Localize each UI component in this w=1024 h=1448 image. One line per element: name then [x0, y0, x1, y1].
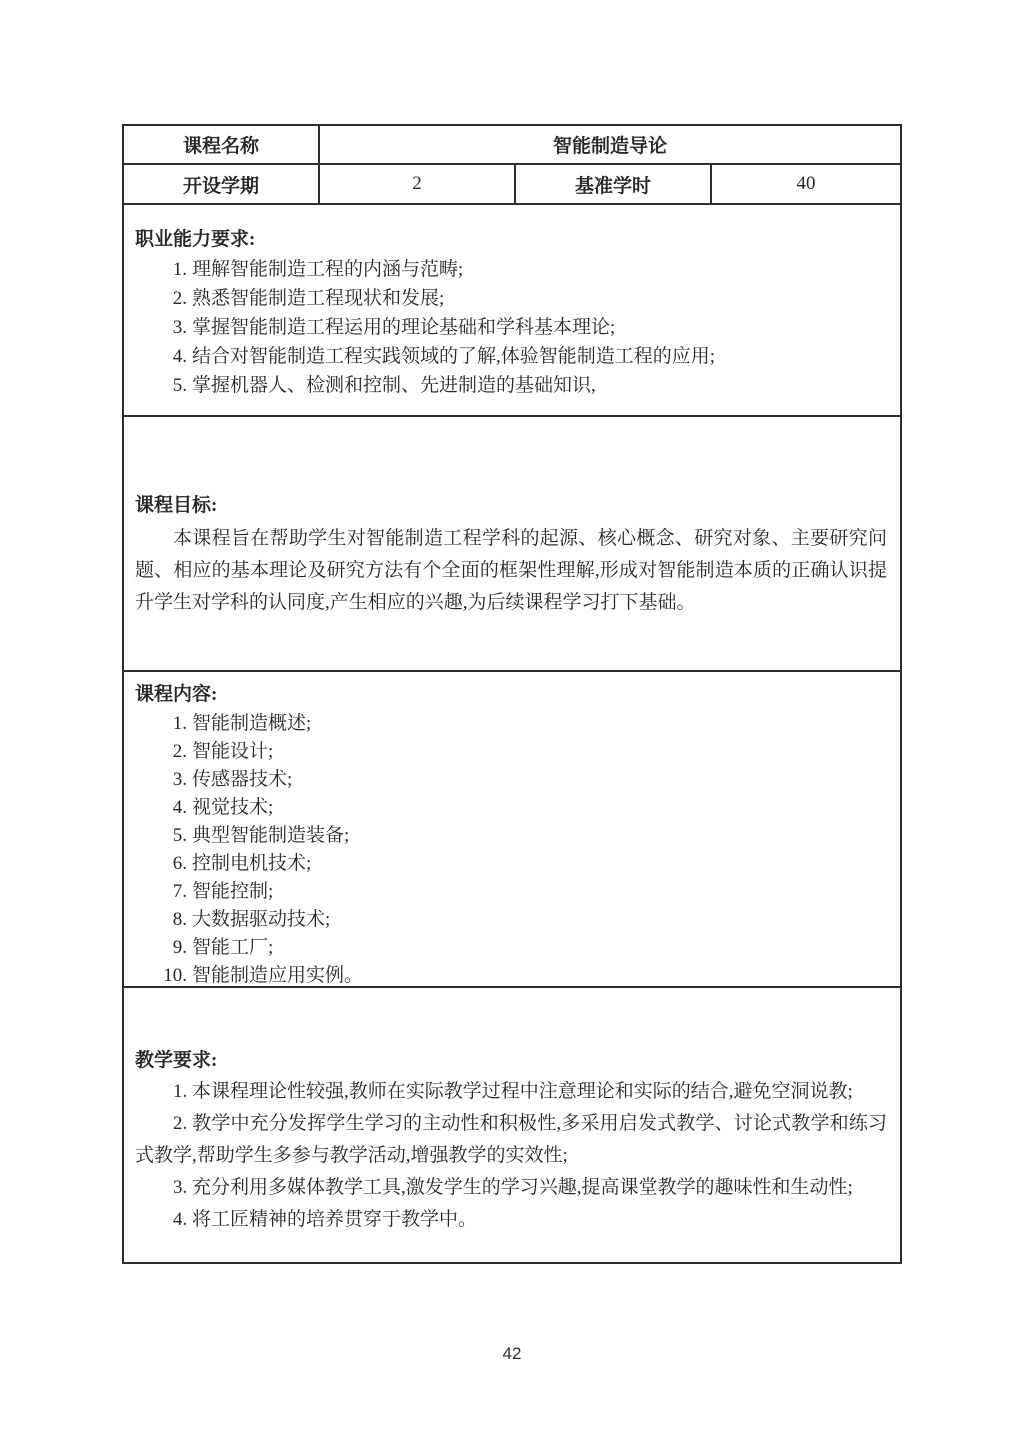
item-number: 8. [135, 906, 187, 934]
list-item: 9.智能工厂; [135, 934, 887, 962]
item-text: 结合对智能制造工程实践领域的了解,体验智能制造工程的应用; [192, 346, 715, 367]
item-number: 3. [135, 766, 187, 794]
item-number: 4. [135, 342, 187, 371]
section-teaching-requirements: 教学要求: 1. 本课程理论性较强,教师在实际教学过程中注意理论和实际的结合,避… [124, 986, 900, 1262]
list-item: 3.掌握智能制造工程运用的理论基础和学科基本理论; [135, 313, 887, 342]
course-objectives-paragraph: 本课程旨在帮助学生对智能制造工程学科的起源、核心概念、研究对象、主要研究问题、相… [135, 523, 887, 619]
item-number: 2. [135, 738, 187, 766]
list-item: 3.传感器技术; [135, 766, 887, 794]
section-title-vocational-ability: 职业能力要求: [135, 225, 887, 255]
teaching-requirement-item: 3. 充分利用多媒体教学工具,激发学生的学习兴趣,提高课堂教学的趣味性和生动性; [135, 1172, 887, 1204]
header-row-course-name: 课程名称 智能制造导论 [124, 126, 900, 163]
item-text: 传感器技术; [192, 769, 292, 790]
item-text: 视觉技术; [192, 797, 273, 818]
semester-value: 2 [320, 165, 516, 203]
item-number: 4. [135, 794, 187, 822]
item-text: 理解智能制造工程的内涵与范畴; [192, 259, 463, 280]
page-number: 42 [0, 1344, 1024, 1364]
item-number: 5. [135, 822, 187, 850]
list-item: 5.典型智能制造装备; [135, 822, 887, 850]
section-course-objectives: 课程目标: 本课程旨在帮助学生对智能制造工程学科的起源、核心概念、研究对象、主要… [124, 415, 900, 670]
course-syllabus-table: 课程名称 智能制造导论 开设学期 2 基准学时 40 职业能力要求: 1.理解智… [122, 124, 902, 1264]
item-text: 智能控制; [192, 881, 273, 902]
course-content-list: 1.智能制造概述; 2.智能设计; 3.传感器技术; 4.视觉技术; 5.典型智… [135, 710, 887, 990]
item-number: 2. [135, 284, 187, 313]
list-item: 1.智能制造概述; [135, 710, 887, 738]
teaching-requirement-item: 1. 本课程理论性较强,教师在实际教学过程中注意理论和实际的结合,避免空洞说教; [135, 1076, 887, 1108]
item-number: 6. [135, 850, 187, 878]
section-title-course-objectives: 课程目标: [135, 491, 887, 521]
item-number: 7. [135, 878, 187, 906]
section-title-teaching-requirements: 教学要求: [135, 1046, 887, 1076]
item-text: 掌握机器人、检测和控制、先进制造的基础知识, [192, 375, 596, 396]
item-text: 典型智能制造装备; [192, 825, 349, 846]
document-page: 课程名称 智能制造导论 开设学期 2 基准学时 40 职业能力要求: 1.理解智… [0, 0, 1024, 1448]
section-course-content: 课程内容: 1.智能制造概述; 2.智能设计; 3.传感器技术; 4.视觉技术;… [124, 670, 900, 986]
list-item: 4.结合对智能制造工程实践领域的了解,体验智能制造工程的应用; [135, 342, 887, 371]
teaching-requirement-item: 4. 将工匠精神的培养贯穿于教学中。 [135, 1204, 887, 1236]
item-number: 1. [135, 710, 187, 738]
teaching-requirement-item: 2. 教学中充分发挥学生学习的主动性和积极性,多采用启发式教学、讨论式教学和练习… [135, 1108, 887, 1172]
list-item: 2.熟悉智能制造工程现状和发展; [135, 284, 887, 313]
list-item: 1.理解智能制造工程的内涵与范畴; [135, 255, 887, 284]
course-name-label: 课程名称 [124, 126, 320, 163]
item-number: 10. [135, 962, 187, 990]
list-item: 4.视觉技术; [135, 794, 887, 822]
teaching-requirements-list: 1. 本课程理论性较强,教师在实际教学过程中注意理论和实际的结合,避免空洞说教;… [135, 1076, 887, 1236]
item-text: 控制电机技术; [192, 853, 311, 874]
list-item: 5.掌握机器人、检测和控制、先进制造的基础知识, [135, 371, 887, 400]
item-number: 9. [135, 934, 187, 962]
section-vocational-ability: 职业能力要求: 1.理解智能制造工程的内涵与范畴; 2.熟悉智能制造工程现状和发… [124, 203, 900, 415]
list-item: 6.控制电机技术; [135, 850, 887, 878]
semester-label: 开设学期 [124, 165, 320, 203]
section-title-course-content: 课程内容: [135, 680, 887, 710]
item-number: 5. [135, 371, 187, 400]
course-name-value: 智能制造导论 [320, 126, 900, 163]
item-number: 1. [135, 255, 187, 284]
list-item: 8.大数据驱动技术; [135, 906, 887, 934]
item-text: 智能制造概述; [192, 713, 311, 734]
item-text: 智能制造应用实例。 [192, 965, 363, 986]
header-row-semester-hours: 开设学期 2 基准学时 40 [124, 163, 900, 203]
item-text: 大数据驱动技术; [192, 909, 330, 930]
list-item: 2.智能设计; [135, 738, 887, 766]
base-hours-value: 40 [712, 165, 900, 203]
list-item: 7.智能控制; [135, 878, 887, 906]
base-hours-label: 基准学时 [516, 165, 712, 203]
item-text: 熟悉智能制造工程现状和发展; [192, 288, 444, 309]
item-number: 3. [135, 313, 187, 342]
item-text: 掌握智能制造工程运用的理论基础和学科基本理论; [192, 317, 615, 338]
item-text: 智能工厂; [192, 937, 273, 958]
item-text: 智能设计; [192, 741, 273, 762]
vocational-ability-list: 1.理解智能制造工程的内涵与范畴; 2.熟悉智能制造工程现状和发展; 3.掌握智… [135, 255, 887, 400]
